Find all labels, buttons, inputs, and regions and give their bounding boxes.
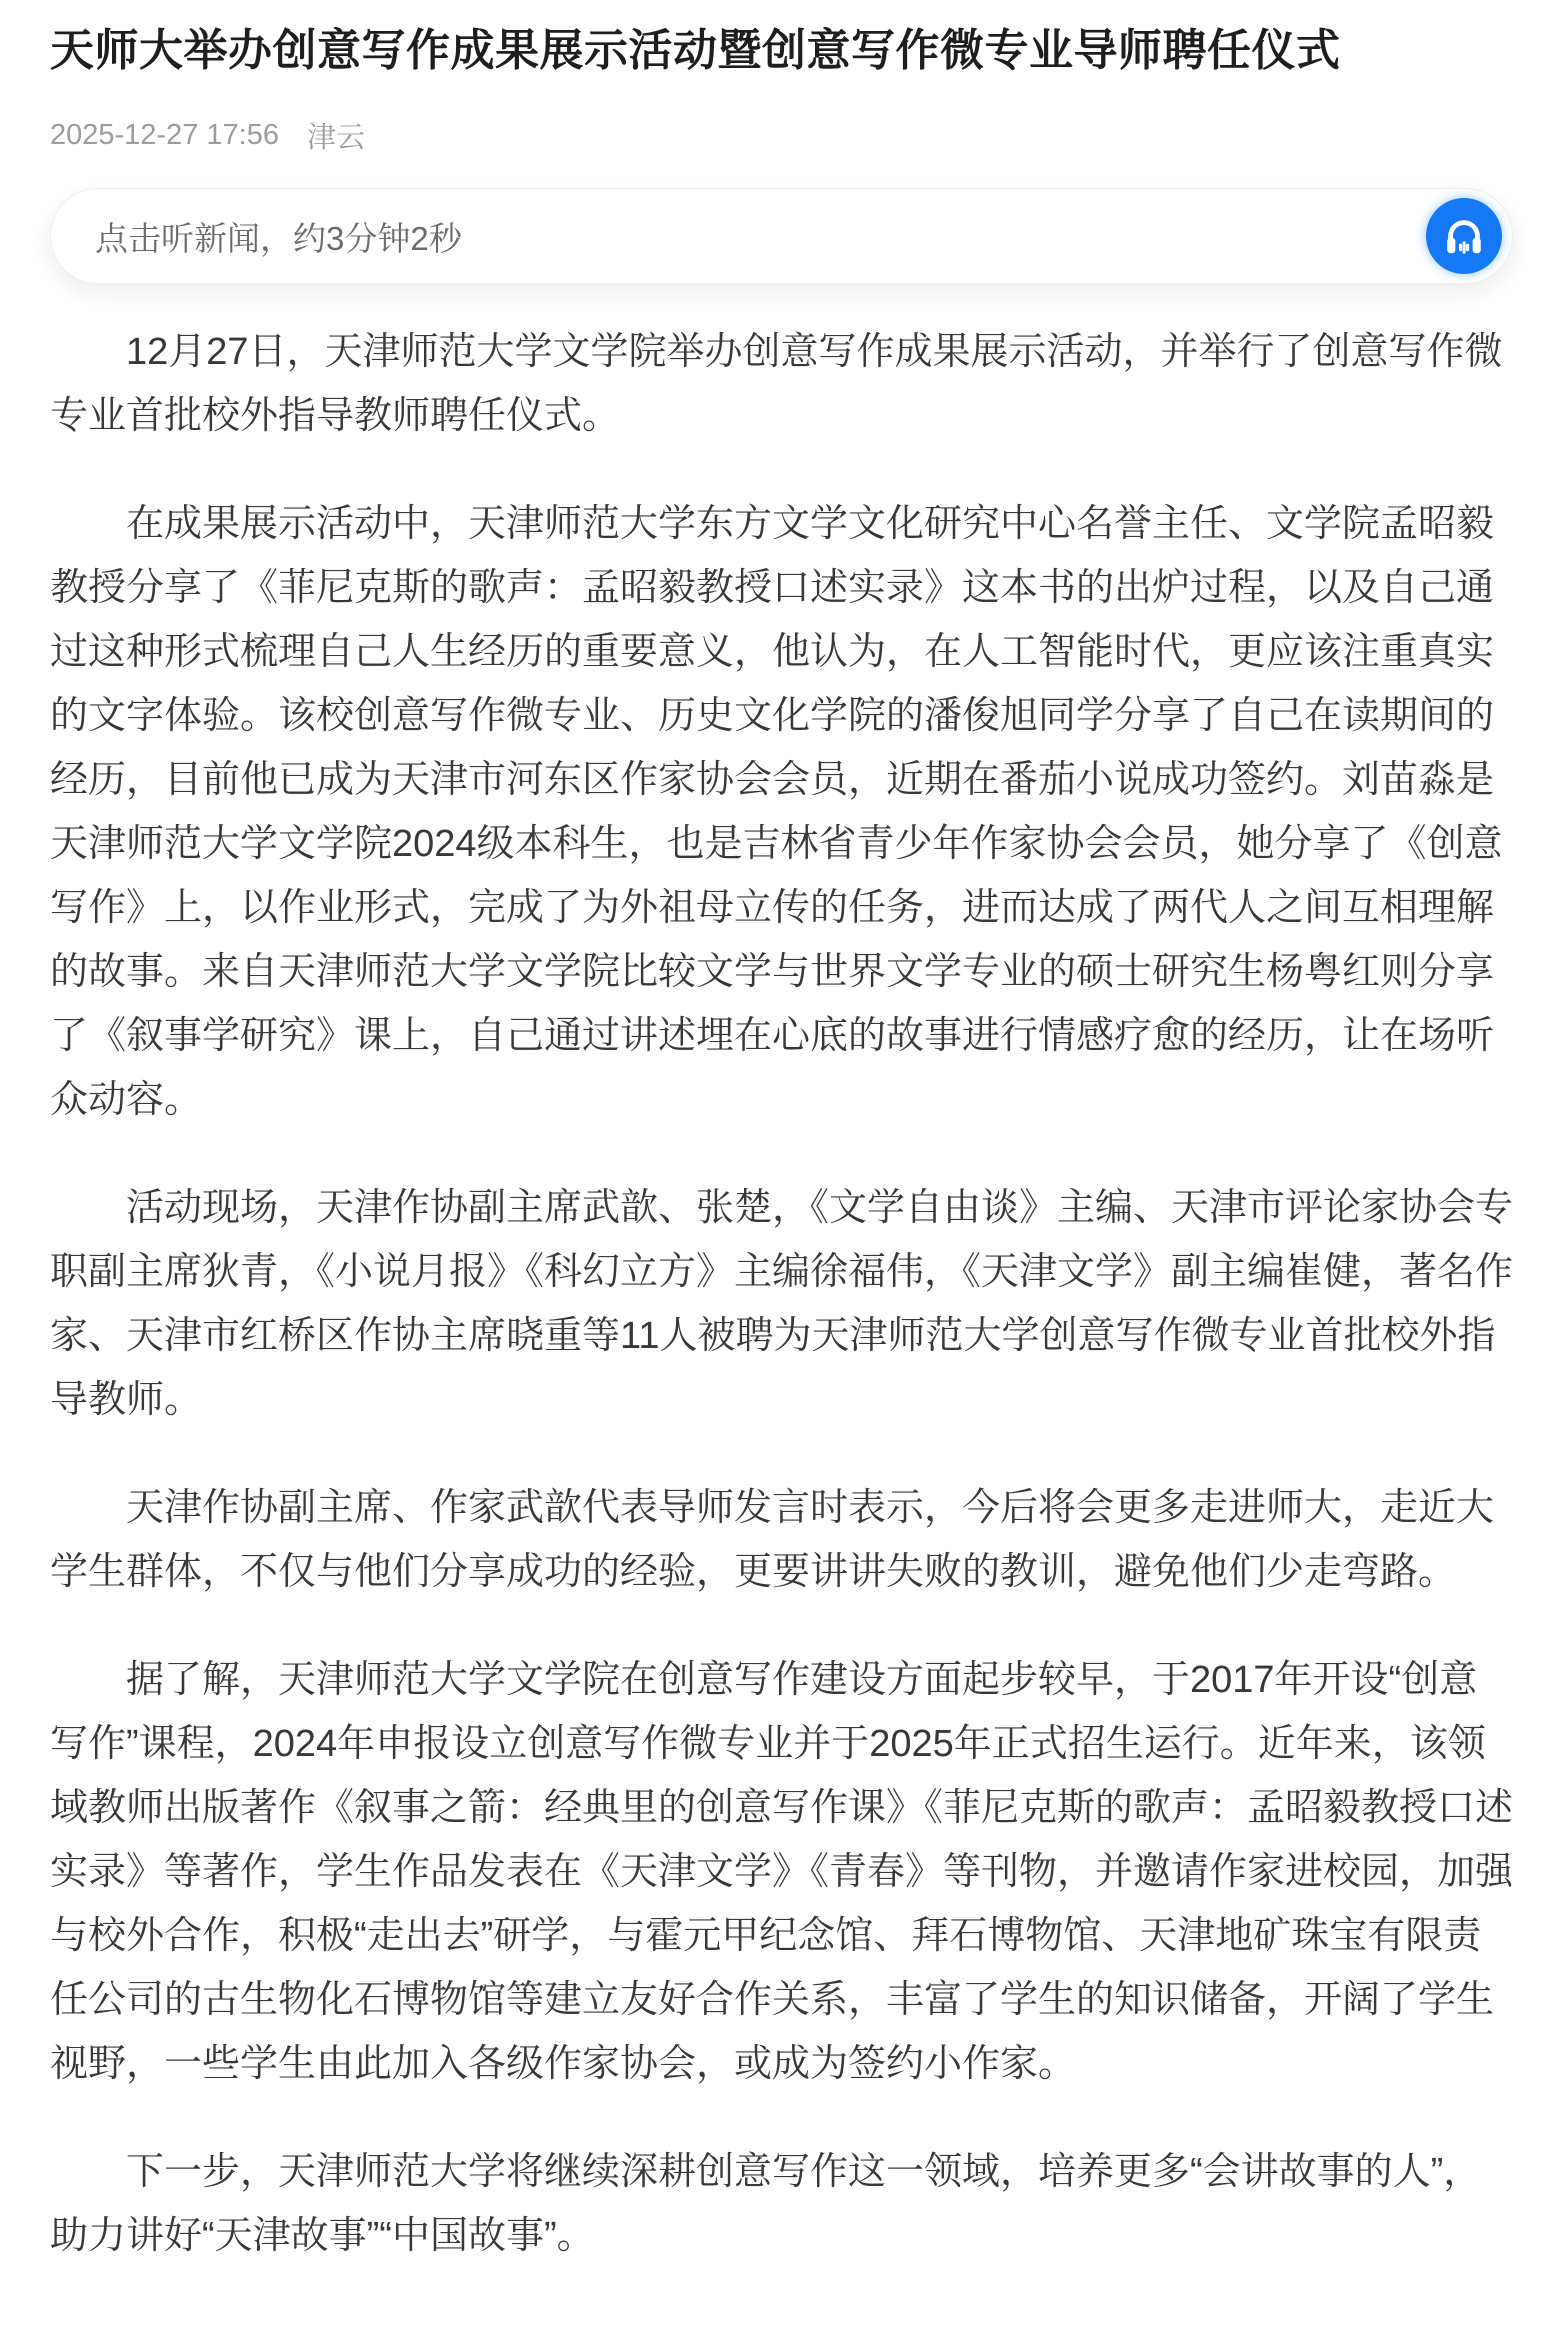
listen-news-bar[interactable]: 点击听新闻，约3分钟2秒 (50, 188, 1513, 284)
play-audio-button[interactable] (1426, 198, 1502, 274)
article-paragraph: 下一步，天津师范大学将继续深耕创意写作这一领域，培养更多“会讲故事的人”，助力讲… (50, 2140, 1513, 2268)
article-paragraph: 在成果展示活动中，天津师范大学东方文学文化研究中心名誉主任、文学院孟昭毅教授分享… (50, 492, 1513, 1132)
source-label: 津云 (307, 115, 365, 156)
article-paragraph: 天津作协副主席、作家武歆代表导师发言时表示，今后将会更多走进师大，走近大学生群体… (50, 1476, 1513, 1604)
article-meta: 2025-12-27 17:56 津云 (50, 115, 1513, 156)
article-paragraph: 12月27日，天津师范大学文学院举办创意写作成果展示活动，并举行了创意写作微专业… (50, 320, 1513, 448)
headphones-icon (1441, 213, 1487, 259)
article-paragraph: 据了解，天津师范大学文学院在创意写作建设方面起步较早，于2017年开设“创意写作… (50, 1648, 1513, 2096)
article-paragraph: 活动现场，天津作协副主席武歆、张楚，《文学自由谈》主编、天津市评论家协会专职副主… (50, 1176, 1513, 1432)
publish-time: 2025-12-27 17:56 (50, 119, 279, 152)
article-body: 12月27日，天津师范大学文学院举办创意写作成果展示活动，并举行了创意写作微专业… (50, 320, 1513, 2268)
article-page: 天师大举办创意写作成果展示活动暨创意写作微专业导师聘任仪式 2025-12-27… (0, 0, 1563, 2294)
listen-news-label: 点击听新闻，约3分钟2秒 (95, 213, 462, 260)
article-title: 天师大举办创意写作成果展示活动暨创意写作微专业导师聘任仪式 (50, 22, 1513, 79)
